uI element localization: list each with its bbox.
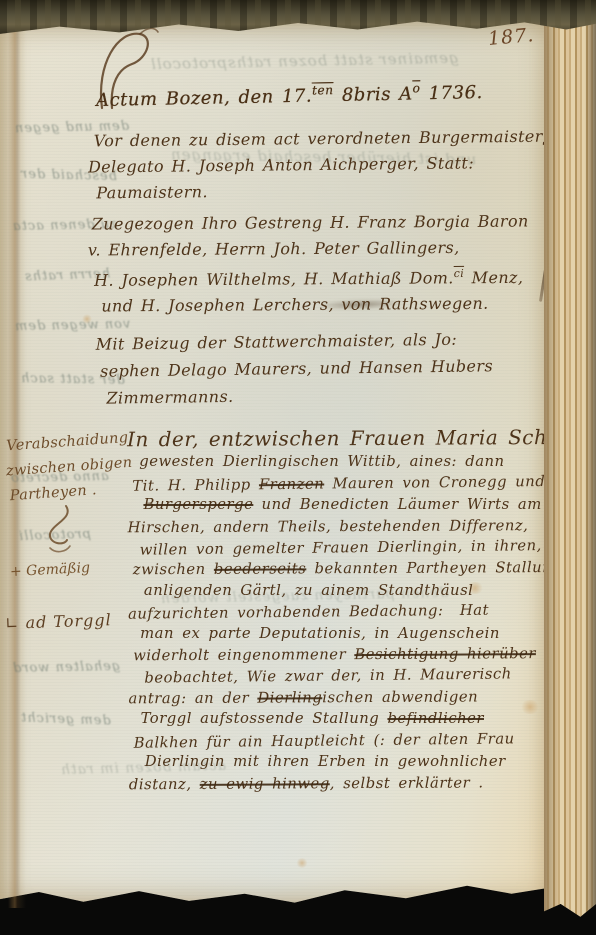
handwritten-text: und H. Josephen Lerchers, von Rathswegen… (101, 294, 488, 316)
handwritten-text: v. Ehrenfelde, Herrn Joh. Peter Gallinge… (88, 238, 460, 260)
handwritten-text: Zuegezogen Ihro Gestreng H. Franz Borgia… (92, 211, 529, 233)
handwritten-text: Tit. H. Philipp (132, 476, 259, 494)
handwritten-text: , selbst erklärter . (330, 774, 484, 792)
margin-note-settlement: Verabschaidungzwischen obigenPartheyen . (6, 426, 135, 509)
manuscript-line: Burgersperge und Benedicten Läumer Wirts… (143, 494, 596, 515)
handwritten-text: Balkhen für ain Hauptleicht (: der alten… (134, 730, 515, 751)
handwritten-text: Vor denen zu disem act verordneten Burge… (94, 127, 553, 151)
struck-text: Besichtigung hierüber (354, 645, 536, 663)
manuscript-line: zwischen beederseits bekannten Partheyen… (133, 557, 596, 581)
handwritten-text: ten (312, 83, 334, 97)
manuscript-line: Torggl aufstossende Stallung befindliche… (141, 708, 596, 729)
handwritten-text: gewesten Dierlingischen Wittib, aines: d… (139, 453, 504, 470)
handwritten-text: H. Josephen Wilthelms, H. Mathiaß Dom. (94, 268, 454, 290)
folio-number: 187. (487, 24, 535, 50)
handwritten-text: Zimmermanns. (106, 387, 233, 408)
manuscript-line: v. Ehrenfelde, Herrn Joh. Peter Gallinge… (88, 234, 529, 263)
handwritten-text: anligenden Gärtl, zu ainem Standthäusl (144, 582, 474, 599)
handwritten-text: Delegato H. Joseph Anton Aichperger, Sta… (88, 153, 474, 176)
handwritten-text: Hirschen, andern Theils, bestehenden Dif… (128, 517, 529, 536)
struck-text: zu ewig hinweg (200, 775, 330, 793)
struck-text: Dierling (257, 689, 322, 706)
manuscript-line: man ex parte Deputationis, in Augenschei… (140, 623, 596, 644)
handwritten-text: widerholt eingenommener (133, 646, 354, 664)
paragraph-main-entry: In der, entzwischen Frauen Maria Scherer… (125, 427, 596, 795)
manuscript-line: sephen Delago Maurers, und Hansen Hubers (100, 352, 493, 384)
manuscript-line: H. Josephen Wilthelms, H. Mathiaß Dom.ci… (94, 260, 529, 293)
paragraph-werkmeister: Mit Beizug der Stattwerchmaister, als Jo… (95, 325, 493, 412)
manuscript-line: anligenden Gärtl, zu ainem Standthäusl (144, 580, 596, 601)
handwritten-text: 8bris A (333, 83, 412, 106)
margin-flourish-icon (40, 500, 74, 556)
struck-text: befindlicher (387, 710, 484, 727)
struck-text: Franzen (259, 475, 324, 493)
manuscript-line: und H. Josephen Lerchers, von Rathswegen… (101, 291, 529, 320)
handwritten-text: beobachtet, Wie zwar der, in H. Maureris… (144, 666, 512, 687)
manuscript-line: Paumaistern. (96, 176, 553, 207)
handwritten-text: aufzurichten vorhabenden Bedachung: Hat (128, 602, 489, 623)
handwritten-text: bekannten Partheyen Stallung (306, 559, 562, 577)
manuscript-line: distanz, zu ewig hinweg, selbst erklärte… (129, 771, 596, 795)
handwritten-text: Actum Bozen, den 17. (96, 86, 312, 112)
manuscript-line: Zuegezogen Ihro Gestreng H. Franz Borgia… (92, 208, 529, 237)
manuscript-line: antrag: an der Dierlingischen abwendigen (128, 686, 596, 710)
handwritten-text: und Benedicten Läumer Wirts am (253, 496, 541, 513)
manuscript-scan: dem und gegen beschaid der zu denen acta… (0, 0, 596, 935)
manuscript-line: Balkhen für ain Hauptleicht (: der alten… (134, 727, 596, 754)
handwritten-text: Menz, (464, 268, 523, 287)
manuscript-line: Tit. H. Philipp Franzen Mauren von Crone… (132, 470, 596, 497)
margin-note-torggl: ∟ ad Torggl (5, 610, 112, 633)
struck-text: Burgersperge (143, 496, 253, 513)
handwritten-text: willen von gemelter Frauen Dierlingin, i… (140, 537, 542, 559)
handwritten-text: distanz, (129, 775, 200, 792)
handwritten-text: 1736. (420, 82, 483, 104)
manuscript-line: gewesten Dierlingischen Wittib, aines: d… (139, 451, 596, 472)
handwritten-text: Mit Beizug der Stattwerchmaister, als Jo… (96, 330, 458, 354)
handwritten-text: antrag: an der (128, 689, 257, 707)
paragraph-attendees: Zuegezogen Ihro Gestreng H. Franz Borgia… (92, 208, 530, 319)
handwritten-text: man ex parte Deputationis, in Augenschei… (140, 625, 500, 642)
handwritten-text: zwischen (133, 561, 214, 578)
handwritten-text: ischen abwendigen (322, 688, 478, 706)
handwritten-text: Mauren von Cronegg und (324, 473, 545, 493)
manuscript-line: Vor denen zu disem act verordneten Burge… (94, 124, 553, 155)
handwritten-text: Verabschaidung (6, 430, 129, 454)
handwritten-text: sephen Delago Maurers, und Hansen Hubers (100, 356, 493, 380)
manuscript-line: In der, entzwischen Frauen Maria Scherer… (127, 427, 596, 453)
handwritten-text: zwischen obigen (6, 455, 133, 480)
book-fore-edge (544, 10, 596, 924)
handwritten-text: Torggl aufstossende Stallung (141, 710, 388, 727)
handwritten-text: ci (454, 267, 464, 280)
paragraph-delegate-intro: Vor denen zu disem act verordneten Burge… (94, 124, 553, 207)
manuscript-line: aufzurichten vorhabenden Bedachung: Hat (128, 598, 596, 625)
manuscript-line: Dierlingin mit ihren Erben in gewohnlich… (145, 751, 596, 772)
manuscript-line: Zimmermanns. (106, 379, 493, 411)
handwritten-text: Paumaistern. (96, 182, 208, 202)
handwritten-text: In der, entzwischen Frauen Maria Scherer… (127, 425, 596, 452)
handwritten-text: Dierlingin mit ihren Erben in gewohnlich… (145, 753, 506, 770)
struck-text: beederseits (214, 561, 307, 578)
